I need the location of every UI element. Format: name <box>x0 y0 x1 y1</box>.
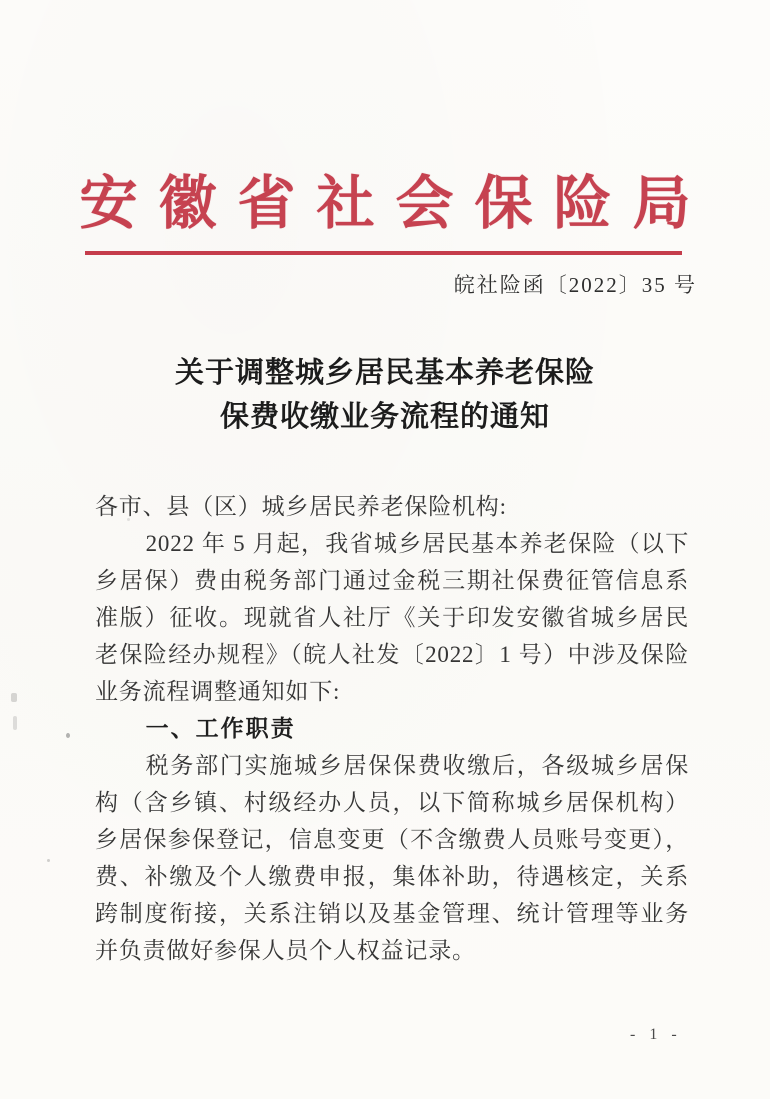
body-line: 准版）征收。现就省人社厅《关于印发安徽省城乡居民基本养 <box>95 599 689 636</box>
document-body: 各市、县（区）城乡居民养老保险机构: 2022 年 5 月起，我省城乡居民基本养… <box>95 488 689 969</box>
scan-speck <box>11 693 17 702</box>
body-line: 跨制度衔接，关系注销以及基金管理、统计管理等业务事项， <box>95 895 689 932</box>
document-title: 关于调整城乡居民基本养老保险 保费收缴业务流程的通知 <box>0 351 770 439</box>
scan-speck <box>66 733 70 738</box>
body-line: 费、补缴及个人缴费申报，集体补助，待遇核定，关系转移， <box>95 858 689 895</box>
section-heading-duties: 一、工作职责 <box>95 710 689 747</box>
body-line: 业务流程调整通知如下: <box>95 673 689 710</box>
body-line: 乡居保参保登记，信息变更（不含缴费人员账号变更），多次缴 <box>95 821 689 858</box>
body-line: 2022 年 5 月起，我省城乡居民基本养老保险（以下简称城 <box>95 525 689 562</box>
scan-speck <box>13 716 17 730</box>
body-line: 并负责做好参保人员个人权益记录。 <box>95 932 689 969</box>
body-line: 税务部门实施城乡居保保费收缴后，各级城乡居保经办机 <box>95 747 689 784</box>
document-title-line2: 保费收缴业务流程的通知 <box>0 395 770 439</box>
body-line: 乡居保）费由税务部门通过金税三期社保费征管信息系统（标 <box>95 562 689 599</box>
scan-speck <box>127 518 130 521</box>
document-page: 安徽省社会保险局 皖社险函〔2022〕35 号 关于调整城乡居民基本养老保险 保… <box>0 0 770 1099</box>
body-line: 老保险经办规程》（皖人社发〔2022〕1 号）中涉及保险费收缴 <box>95 636 689 673</box>
body-salutation: 各市、县（区）城乡居民养老保险机构: <box>95 488 689 525</box>
page-number: - 1 - <box>630 1026 682 1044</box>
agency-name: 安徽省社会保险局 <box>79 168 711 240</box>
document-title-line1: 关于调整城乡居民基本养老保险 <box>0 351 770 395</box>
letterhead: 安徽省社会保险局 <box>0 168 770 240</box>
letterhead-divider <box>85 251 682 255</box>
document-number: 皖社险函〔2022〕35 号 <box>0 269 697 299</box>
scan-speck <box>47 859 50 862</box>
body-line: 构（含乡镇、村级经办人员，以下简称城乡居保机构）负责城 <box>95 784 689 821</box>
